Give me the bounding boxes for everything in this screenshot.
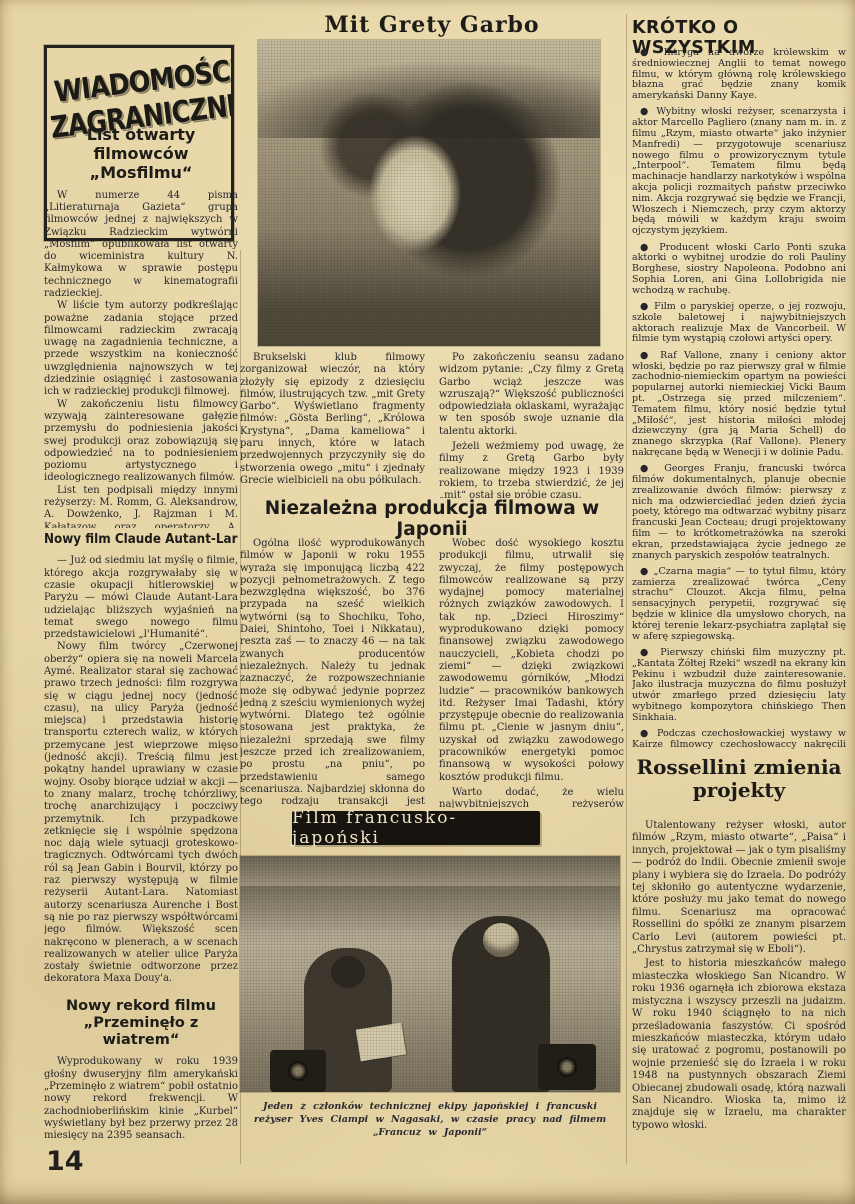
paragraph: W numerze 44 pisma „Litieraturnaja Gazie… (44, 190, 238, 301)
paragraph: Jest to historia mieszkańców małego mias… (632, 958, 846, 1132)
left-column: WIADOMOŚCI ZAGRANICZNE List otwarty film… (44, 0, 238, 1204)
news-item: ● Georges Franju, francuski twórca filmó… (632, 464, 846, 561)
japan-article-body: Ogólna ilość wyprodukowanych filmów w Ja… (240, 538, 624, 808)
film-set-photo (240, 856, 620, 1092)
news-item: ● „Czarna magia“ — to tytuł filmu, który… (632, 567, 846, 643)
halftone-overlay (240, 856, 620, 1092)
news-item: ● Producent włoski Carlo Ponti szuka akt… (632, 243, 846, 297)
news-item: ● Pierwszy chiński film muzyczny pt. „Ka… (632, 648, 846, 724)
news-item: ● Intryga na dworze królewskim w średnio… (632, 48, 846, 102)
paragraph: Wobec dość wysokiego kosztu produkcji fi… (439, 538, 624, 784)
film-banner-label: Film francusko-japoński (292, 808, 540, 848)
paragraph: Po zakończeniu seansu zadano widzom pyta… (439, 352, 624, 438)
article-gone-with-the-wind: Nowy rekord filmu „Przeminęło z wiatrem“… (44, 998, 238, 1144)
paragraph: Warto dodać, że wielu najwybitniejszych … (439, 787, 624, 808)
photo-caption: Jeden z członków technicznej ekipy japoń… (244, 1100, 616, 1139)
paragraph: List ten podpisali między innymi reżyser… (44, 485, 238, 528)
halftone-overlay (258, 40, 600, 346)
paragraph: Wyprodukowany w roku 1939 głośny dwusery… (44, 1056, 238, 1142)
garbo-article-title: Mit Grety Garbo (240, 12, 624, 38)
news-item: ● Wybitny włoski reżyser, scenarzysta i … (632, 107, 846, 237)
middle-section: Mit Grety Garbo Brukselski klub filmowy … (240, 0, 624, 1204)
paragraph: — Już od siedmiu lat myślę o filmie, któ… (44, 555, 238, 641)
news-item: ● Podczas czechosłowackiej wystawy w Kai… (632, 729, 846, 750)
garbo-article-body: Brukselski klub filmowy zorganizował wie… (240, 352, 624, 498)
article-title: List otwarty filmowców „Mosfilmu“ (44, 126, 238, 183)
japan-column-2: Wobec dość wysokiego kosztu produkcji fi… (439, 538, 624, 808)
japan-column-1: Ogólna ilość wyprodukowanych filmów w Ja… (240, 538, 425, 808)
greta-garbo-photo (258, 40, 600, 346)
column-rule-right (626, 14, 627, 1164)
magazine-page: WIADOMOŚCI ZAGRANICZNE List otwarty film… (0, 0, 855, 1204)
paragraph: Jeżeli weźmiemy pod uwagę, że filmy z Gr… (439, 441, 624, 498)
rossellini-article-body: Utalentowany reżyser włoski, autor filmó… (632, 820, 846, 1176)
article-autant-lara: Nowy film Claude Autant-Lara — Już od si… (44, 532, 238, 994)
news-item: ● Film o paryskiej operze, o jej rozwoju… (632, 302, 846, 345)
garbo-column-2: Po zakończeniu seansu zadano widzom pyta… (439, 352, 624, 498)
page-number: 14 (46, 1146, 84, 1177)
rossellini-article-title: Rossellini zmienia projekty (632, 756, 846, 802)
paragraph: Utalentowany reżyser włoski, autor filmó… (632, 820, 846, 956)
paragraph: W zakończeniu listu filmowcy wzywają zai… (44, 399, 238, 485)
film-banner: Film francusko-japoński (292, 811, 540, 845)
paragraph: Ogólna ilość wyprodukowanych filmów w Ja… (240, 538, 425, 808)
article-title: Nowy film Claude Autant-Lara (44, 532, 222, 547)
garbo-column-1: Brukselski klub filmowy zorganizował wie… (240, 352, 425, 498)
news-briefs-list: ● Intryga na dworze królewskim w średnio… (632, 48, 846, 750)
paragraph: Nowy film twórcy „Czerwonej oberży“ opie… (44, 641, 238, 985)
japan-article-title: Niezależna produkcja filmowa w Japonii (240, 498, 624, 540)
article-mosfilm-letter: List otwarty filmowców „Mosfilmu“ W nume… (44, 126, 238, 528)
article-title: Nowy rekord filmu „Przeminęło z wiatrem“ (44, 998, 238, 1049)
right-column: KRÓTKO O WSZYSTKIM ● Intryga na dworze k… (632, 0, 846, 1204)
paragraph: Brukselski klub filmowy zorganizował wie… (240, 352, 425, 487)
paragraph: W liście tym autorzy podkreślając poważn… (44, 300, 238, 398)
news-item: ● Raf Vallone, znany i ceniony aktor wło… (632, 351, 846, 459)
